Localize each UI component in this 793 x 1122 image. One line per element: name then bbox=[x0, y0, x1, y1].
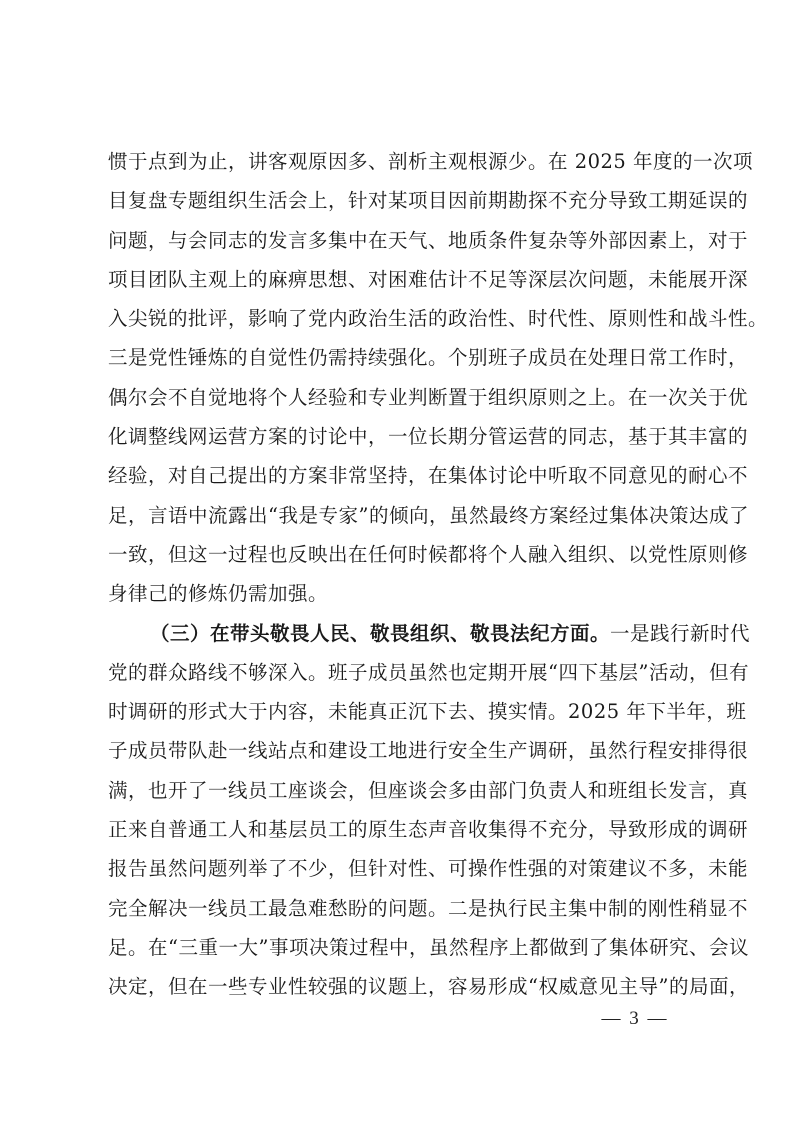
text-line: 化调整线网运营方案的讨论中，一位长期分管运营的同志，基于其丰富的 bbox=[108, 417, 694, 456]
section-heading: （三）在带头敬畏人民、敬畏组织、敬畏法纪方面。 bbox=[150, 622, 610, 645]
section-first-line-text: 一是践行新时代 bbox=[610, 622, 750, 645]
text-line: 子成员带队赴一线站点和建设工地进行安全生产调研，虽然行程安排得很 bbox=[108, 731, 694, 770]
text-line: 足，言语中流露出“我是专家”的倾向，虽然最终方案经过集体决策达成了 bbox=[108, 496, 694, 535]
text-line: 经验，对自己提出的方案非常坚持，在集体讨论中听取不同意见的耐心不 bbox=[108, 456, 694, 495]
text-line: 满，也开了一线员工座谈会，但座谈会多由部门负责人和班组长发言，真 bbox=[108, 771, 694, 810]
text-line: 入尖锐的批评，影响了党内政治生活的政治性、时代性、原则性和战斗性。 bbox=[108, 299, 694, 338]
text-line: 一致，但这一过程也反映出在任何时候都将个人融入组织、以党性原则修 bbox=[108, 535, 694, 574]
text-line: 目复盘专题组织生活会上，针对某项目因前期勘探不充分导致工期延误的 bbox=[108, 181, 694, 220]
text-line: 时调研的形式大于内容，未能真正沉下去、摸实情。2025 年下半年，班 bbox=[108, 692, 694, 731]
section-heading-line: （三）在带头敬畏人民、敬畏组织、敬畏法纪方面。一是践行新时代 bbox=[108, 614, 694, 653]
document-body: 惯于点到为止，讲客观原因多、剖析主观根源少。在 2025 年度的一次项 目复盘专… bbox=[108, 142, 694, 1007]
text-line: 身律己的修炼仍需加强。 bbox=[108, 574, 694, 613]
text-line: 党的群众路线不够深入。班子成员虽然也定期开展“四下基层”活动，但有 bbox=[108, 653, 694, 692]
text-line: 报告虽然问题列举了不少，但针对性、可操作性强的对策建议不多，未能 bbox=[108, 849, 694, 888]
text-line: 偶尔会不自觉地将个人经验和专业判断置于组织原则之上。在一次关于优 bbox=[108, 378, 694, 417]
page-number: — 3 — bbox=[590, 1008, 680, 1030]
text-line: 正来自普通工人和基层员工的原生态声音收集得不充分，导致形成的调研 bbox=[108, 810, 694, 849]
document-page: 惯于点到为止，讲客观原因多、剖析主观根源少。在 2025 年度的一次项 目复盘专… bbox=[0, 0, 793, 1122]
text-line: 完全解决一线员工最急难愁盼的问题。二是执行民主集中制的刚性稍显不 bbox=[108, 889, 694, 928]
text-line: 惯于点到为止，讲客观原因多、剖析主观根源少。在 2025 年度的一次项 bbox=[108, 142, 694, 181]
text-line: 项目团队主观上的麻痹思想、对困难估计不足等深层次问题，未能展开深 bbox=[108, 260, 694, 299]
text-line: 足。在“三重一大”事项决策过程中，虽然程序上都做到了集体研究、会议 bbox=[108, 928, 694, 967]
text-line: 三是党性锤炼的自觉性仍需持续强化。个别班子成员在处理日常工作时， bbox=[108, 338, 694, 377]
text-line: 决定，但在一些专业性较强的议题上，容易形成“权威意见主导”的局面， bbox=[108, 967, 694, 1006]
text-line: 问题，与会同志的发言多集中在天气、地质条件复杂等外部因素上，对于 bbox=[108, 221, 694, 260]
